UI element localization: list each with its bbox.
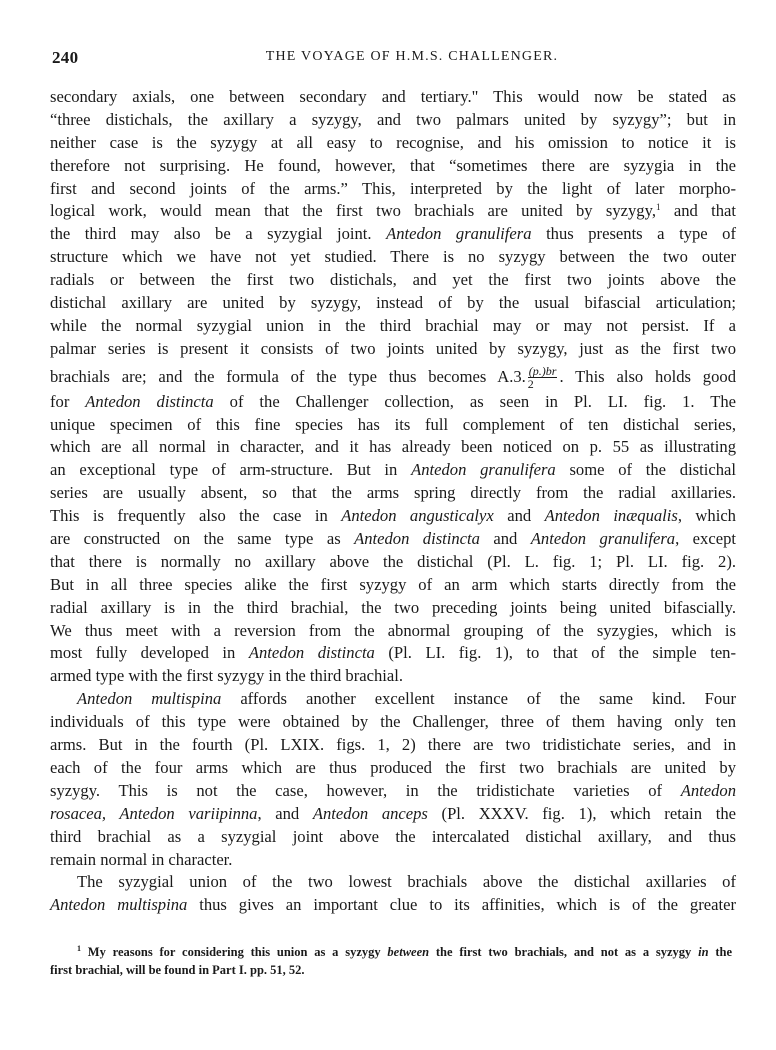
footnote-line: 1 My reasons for considering this union …	[50, 943, 732, 961]
text-line: third brachial as a syzygial joint above…	[50, 826, 736, 849]
text-line: remain normal in character.	[50, 849, 736, 872]
text-line: palmar series is present it consists of …	[50, 338, 736, 361]
text-line: for Antedon distincta of the Challenger …	[50, 391, 736, 414]
text-line: while the normal syzygial union in the t…	[50, 315, 736, 338]
species-name: Antedon	[681, 781, 736, 800]
text-line: Antedon multispina affords another excel…	[50, 688, 736, 711]
body-text: secondary axials, one between secondary …	[50, 86, 736, 917]
text-line: structure which we have not yet studied.…	[50, 246, 736, 269]
species-name: Antedon distincta	[85, 392, 213, 411]
book-page: 240 THE VOYAGE OF H.M.S. CHALLENGER. sec…	[0, 0, 776, 1050]
text-line: first and second joints of the arms.” Th…	[50, 178, 736, 201]
species-name: rosacea, Antedon variipinna	[50, 804, 257, 823]
text-line: This is frequently also the case in Ante…	[50, 505, 736, 528]
running-title: THE VOYAGE OF H.M.S. CHALLENGER.	[50, 49, 734, 65]
text-line: arms. But in the fourth (Pl. LXIX. figs.…	[50, 734, 736, 757]
species-name: Antedon granulifera	[411, 460, 556, 479]
text-line: the third may also be a syzygial joint. …	[50, 223, 736, 246]
page-header: 240 THE VOYAGE OF H.M.S. CHALLENGER.	[50, 48, 734, 72]
species-name: Antedon angusticalyx	[341, 506, 494, 525]
text-line: logical work, would mean that the first …	[50, 200, 736, 223]
text-line: an exceptional type of arm-structure. Bu…	[50, 459, 736, 482]
formula-fraction: (p.)br2	[528, 365, 558, 390]
text-line: distichal axillary are united by syzygy,…	[50, 292, 736, 315]
footnote-line: first brachial, will be found in Part I.…	[50, 961, 732, 979]
text-line: Antedon multispina thus gives an importa…	[50, 894, 736, 917]
text-line: therefore not surprising. He found, howe…	[50, 155, 736, 178]
species-name: Antedon multispina	[50, 895, 187, 914]
text-line: secondary axials, one between secondary …	[50, 86, 736, 109]
text-line: rosacea, Antedon variipinna, and Antedon…	[50, 803, 736, 826]
species-name: Antedon anceps	[313, 804, 428, 823]
species-name: Antedon multispina	[77, 689, 221, 708]
text-line: The syzygial union of the two lowest bra…	[50, 871, 736, 894]
species-name: Antedon distincta	[249, 643, 375, 662]
text-line: We thus meet with a reversion from the a…	[50, 620, 736, 643]
text-line: radial axillary is in the third brachial…	[50, 597, 736, 620]
text-line: armed type with the first syzygy in the …	[50, 665, 736, 688]
species-name: Antedon granulifera	[386, 224, 531, 243]
text-line: unique specimen of this fine species has…	[50, 414, 736, 437]
text-line: which are all normal in character, and i…	[50, 436, 736, 459]
species-name: Antedon inæqualis	[545, 506, 678, 525]
text-line: series are usually absent, so that the a…	[50, 482, 736, 505]
text-line: radials or between the first two distich…	[50, 269, 736, 292]
text-line: most fully developed in Antedon distinct…	[50, 642, 736, 665]
text-line: neither case is the syzygy at all easy t…	[50, 132, 736, 155]
text-line: brachials are; and the formula of the ty…	[50, 361, 736, 391]
species-name: Antedon distincta	[354, 529, 480, 548]
text-line: individuals of this type were obtained b…	[50, 711, 736, 734]
text-line: are constructed on the same type as Ante…	[50, 528, 736, 551]
footnote: 1 My reasons for considering this union …	[50, 943, 732, 979]
text-line: that there is normally no axillary above…	[50, 551, 736, 574]
text-line: each of the four arms which are thus pro…	[50, 757, 736, 780]
text-line: “three distichals, the axillary a syzygy…	[50, 109, 736, 132]
text-line: syzygy. This is not the case, however, i…	[50, 780, 736, 803]
species-name: Antedon granulifera	[531, 529, 675, 548]
text-line: But in all three species alike the first…	[50, 574, 736, 597]
